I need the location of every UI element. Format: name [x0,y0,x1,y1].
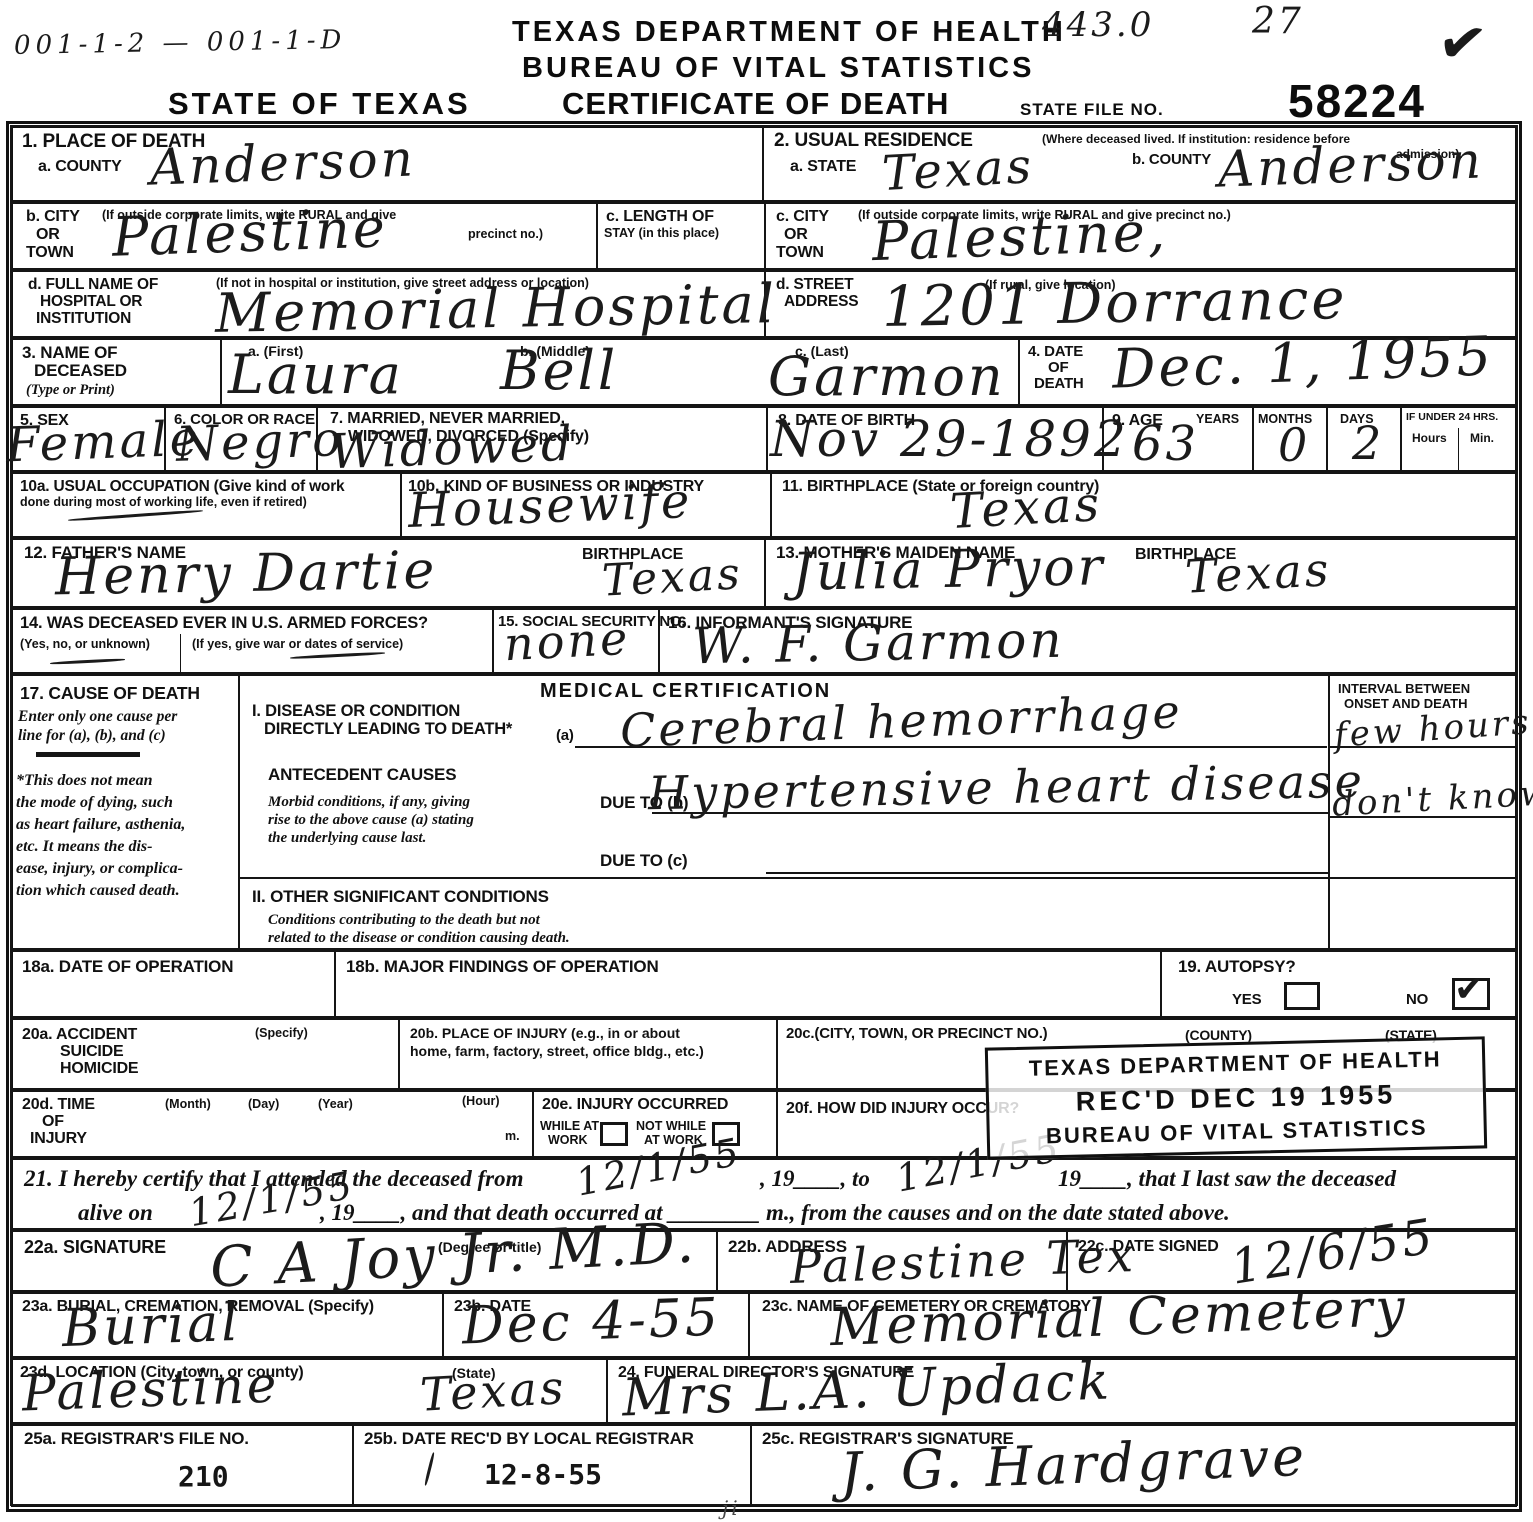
age-months-value: 0 [1278,422,1310,468]
armed-forces-divider [180,634,181,672]
under24-label: IF UNDER 24 HRS. [1406,412,1498,424]
ssn-value: none [503,615,631,668]
hospital-label-1: d. FULL NAME OF [28,276,158,293]
mother-name-value: Julia Pryor [792,541,1106,598]
street-value: 1201 Dorrance [882,272,1348,336]
length-of-stay-label-2: STAY (in this place) [604,227,719,241]
informant-signature: W. F. Garmon [692,615,1065,671]
other-conditions-label: II. OTHER SIGNIFICANT CONDITIONS [252,888,549,907]
injury-occurred-label: 20e. INJURY OCCURRED [542,1096,728,1114]
bottom-stray-mark: ji [722,1498,741,1518]
injury-m-label: m. [505,1130,520,1144]
date-of-death-value: Dec. 1, 1955 [1111,329,1495,396]
armed-forces-sub-2: (If yes, give war or dates of service) [192,638,403,652]
residence-county-label: b. COUNTY [1132,152,1211,169]
burial-location-state-value: Texas [419,1364,568,1418]
place-of-injury-label-1: 20b. PLACE OF INJURY (e.g., in or about [410,1026,680,1041]
antecedent-causes-label: ANTECEDENT CAUSES [268,766,456,785]
accident-label-2: SUICIDE [60,1043,124,1061]
date-recd-value: 12-8-55 [484,1458,602,1491]
due-to-b-value: Hypertensive heart disease [648,758,1366,817]
name-label-2: DECEASED [34,362,127,381]
burial-type-value: Burial [61,1297,242,1355]
residence-city-or: OR [784,226,808,244]
residence-city-town: TOWN [776,244,824,262]
certification-section-divider [240,877,1518,879]
armed-forces-sub-1: (Yes, no, or unknown) [20,638,150,652]
autopsy-label: 19. AUTOPSY? [1178,958,1296,977]
state-file-no-value: 58224 [1288,74,1426,128]
disease-label-1: I. DISEASE OR CONDITION [252,702,460,720]
street-label-1: d. STREET [776,276,853,293]
not-while-label-1: NOT WHILE [636,1120,706,1134]
morbid-note-0: Morbid conditions, if any, giving [268,794,470,811]
sidebar-divider-bar [36,752,140,757]
county-label: a. COUNTY [38,158,122,176]
length-of-stay-label-1: c. LENGTH OF [606,208,714,226]
morbid-note-2: the underlying cause last. [268,830,426,847]
cause-side-note-4: ease, injury, or complica- [16,860,183,878]
while-at-work-label-2: WORK [548,1134,588,1148]
hospital-value: Memorial Hospital [215,277,778,341]
stamp-line-2: REC'D DEC 19 1955 [1075,1079,1396,1117]
cause-note-1: Enter only one cause per [18,708,177,726]
hospital-label-2: HOSPITAL OR [40,293,142,310]
date-of-operation-label: 18a. DATE OF OPERATION [22,958,233,977]
checkmark-icon: ✔ [1434,11,1493,76]
cause-of-death-title: 17. CAUSE OF DEATH [20,684,200,703]
residence-county-value: Anderson [1217,135,1484,194]
physician-address-value: Palestine Tex [789,1232,1136,1290]
state-file-no-label: STATE FILE NO. [1020,100,1164,120]
county-value: Anderson [149,133,416,192]
accident-label-1: 20a. ACCIDENT [22,1026,137,1044]
city-value: Palestine [111,201,388,265]
disease-a-label: (a) [556,728,574,745]
state-of-texas: STATE OF TEXAS [168,86,471,122]
father-name-value: Henry Dartie [55,545,438,604]
agency-line-2: BUREAU OF VITAL STATISTICS [522,52,1034,85]
certificate-title: CERTIFICATE OF DEATH [562,86,949,122]
death-certificate-scan: 001-1-2 — 001-1-D TEXAS DEPARTMENT OF HE… [0,0,1533,1522]
morbid-note-1: rise to the above cause (a) stating [268,812,474,829]
age-days-value: 2 [1352,420,1384,466]
received-stamp: TEXAS DEPARTMENT OF HEALTH REC'D DEC 19 … [985,1036,1487,1159]
agency-line-1: TEXAS DEPARTMENT OF HEALTH [512,16,1066,49]
handwritten-note-left: 443.0 [1042,8,1154,42]
city-town: TOWN [26,244,74,262]
certify-seg-4: alive on [78,1200,153,1226]
handwritten-file-code: 001-1-2 — 001-1-D [14,27,347,59]
burial-date-value: Dec 4-55 [461,1291,722,1352]
autopsy-yes-label: YES [1232,992,1261,1009]
birthplace-value: Texas [949,480,1103,536]
date-of-birth-value: Nov 29-1892 [770,414,1129,464]
date-of-death-label-3: DEATH [1034,376,1084,393]
name-label-3: (Type or Print) [26,382,115,399]
certify-seg-3: 19____, that I last saw the deceased [1058,1166,1396,1192]
while-at-work-label-1: WHILE AT [540,1120,599,1134]
cause-side-note-3: etc. It means the dis- [16,838,152,856]
city-note-2: precinct no.) [468,228,543,242]
cause-side-note-2: as heart failure, asthenia, [16,816,185,834]
cause-side-note-1: the mode of dying, such [16,794,173,812]
stamp-line-1: TEXAS DEPARTMENT OF HEALTH [1028,1046,1441,1081]
autopsy-no-checkmark-icon: ✔ [1454,972,1487,1008]
accident-label-3: HOMICIDE [60,1060,138,1078]
certify-seg-2: , 19____, to [760,1166,870,1192]
injury-month-label: (Month) [165,1098,211,1112]
first-name-value: Laura [228,348,404,402]
marital-value: Widowed [329,420,575,477]
registrar-file-no-value: 210 [178,1460,229,1493]
date-recd-label: 25b. DATE REC'D BY LOCAL REGISTRAR [364,1430,694,1449]
residence-state-value: Texas [881,142,1035,198]
interval-b-value: don't know [1331,776,1533,821]
armed-forces-label: 14. WAS DECEASED EVER IN U.S. ARMED FORC… [20,614,428,632]
residence-city-value: Palestine, [871,205,1169,269]
physician-signature-label: 22a. SIGNATURE [24,1238,166,1258]
cause-note-2: line for (a), (b), and (c) [18,727,166,745]
last-name-value: Garmon [768,350,1006,404]
place-of-injury-label-2: home, farm, factory, street, office bldg… [410,1044,704,1059]
handwritten-note-right: 27 [1252,4,1304,40]
injury-year-label: (Year) [318,1098,353,1112]
mother-birthplace-value: Texas [1184,546,1333,600]
time-of-injury-label-1: 20d. TIME [22,1096,95,1114]
street-label-2: ADDRESS [784,293,858,310]
under24-divider [1458,428,1459,470]
accident-specify-label: (Specify) [255,1027,308,1041]
time-of-injury-label-3: INJURY [30,1130,87,1148]
under24-hours-label: Hours [1412,432,1447,445]
hospital-label-3: INSTITUTION [36,310,131,327]
disease-label-2: DIRECTLY LEADING TO DEATH* [264,720,512,738]
cause-side-note-5: tion which caused death. [16,882,180,900]
city-or: OR [36,226,60,244]
occupation-label-1: 10a. USUAL OCCUPATION (Give kind of work [20,478,344,495]
other-conditions-note-0: Conditions contributing to the death but… [268,912,540,929]
injury-day-label: (Day) [248,1098,279,1112]
autopsy-no-label: NO [1406,992,1428,1009]
cause-side-note-0: *This does not mean [16,772,152,790]
under24-min-label: Min. [1470,432,1494,445]
age-years-value: 63 [1132,420,1199,468]
father-birthplace-value: Texas [601,552,744,603]
registrar-signature-value: J. G. Hardgrave [839,1430,1308,1500]
city-label: b. CITY [26,208,80,226]
registrar-file-no-label: 25a. REGISTRAR'S FILE NO. [24,1430,249,1449]
race-value: Negro [175,415,345,469]
age-years-label: YEARS [1196,413,1239,427]
burial-location-value: Palestine [21,1360,280,1419]
other-conditions-note-1: related to the disease or condition caus… [268,930,570,947]
major-findings-label: 18b. MAJOR FINDINGS OF OPERATION [346,958,659,977]
injury-city-label: 20c.(CITY, TOWN, OR PRECINCT NO.) [786,1026,1047,1043]
injury-hour-label: (Hour) [462,1095,500,1109]
middle-name-value: Bell [500,344,618,398]
residence-city-label: c. CITY [776,208,829,226]
autopsy-yes-checkbox [1284,982,1320,1010]
stamp-line-3: BUREAU OF VITAL STATISTICS [1046,1115,1428,1150]
name-label-1: 3. NAME OF [22,344,117,363]
sex-value: Female [5,415,202,470]
while-at-work-checkbox [600,1122,628,1146]
time-of-injury-label-2: OF [42,1113,64,1131]
due-to-c-label: DUE TO (c) [600,852,687,871]
industry-value: Housewife [407,477,693,535]
residence-state-label: a. STATE [790,158,856,176]
how-injury-occurred-label: 20f. HOW DID INJURY OCCUR? [786,1100,1019,1118]
occupation-label-2: done during most of working life, even i… [20,496,307,510]
